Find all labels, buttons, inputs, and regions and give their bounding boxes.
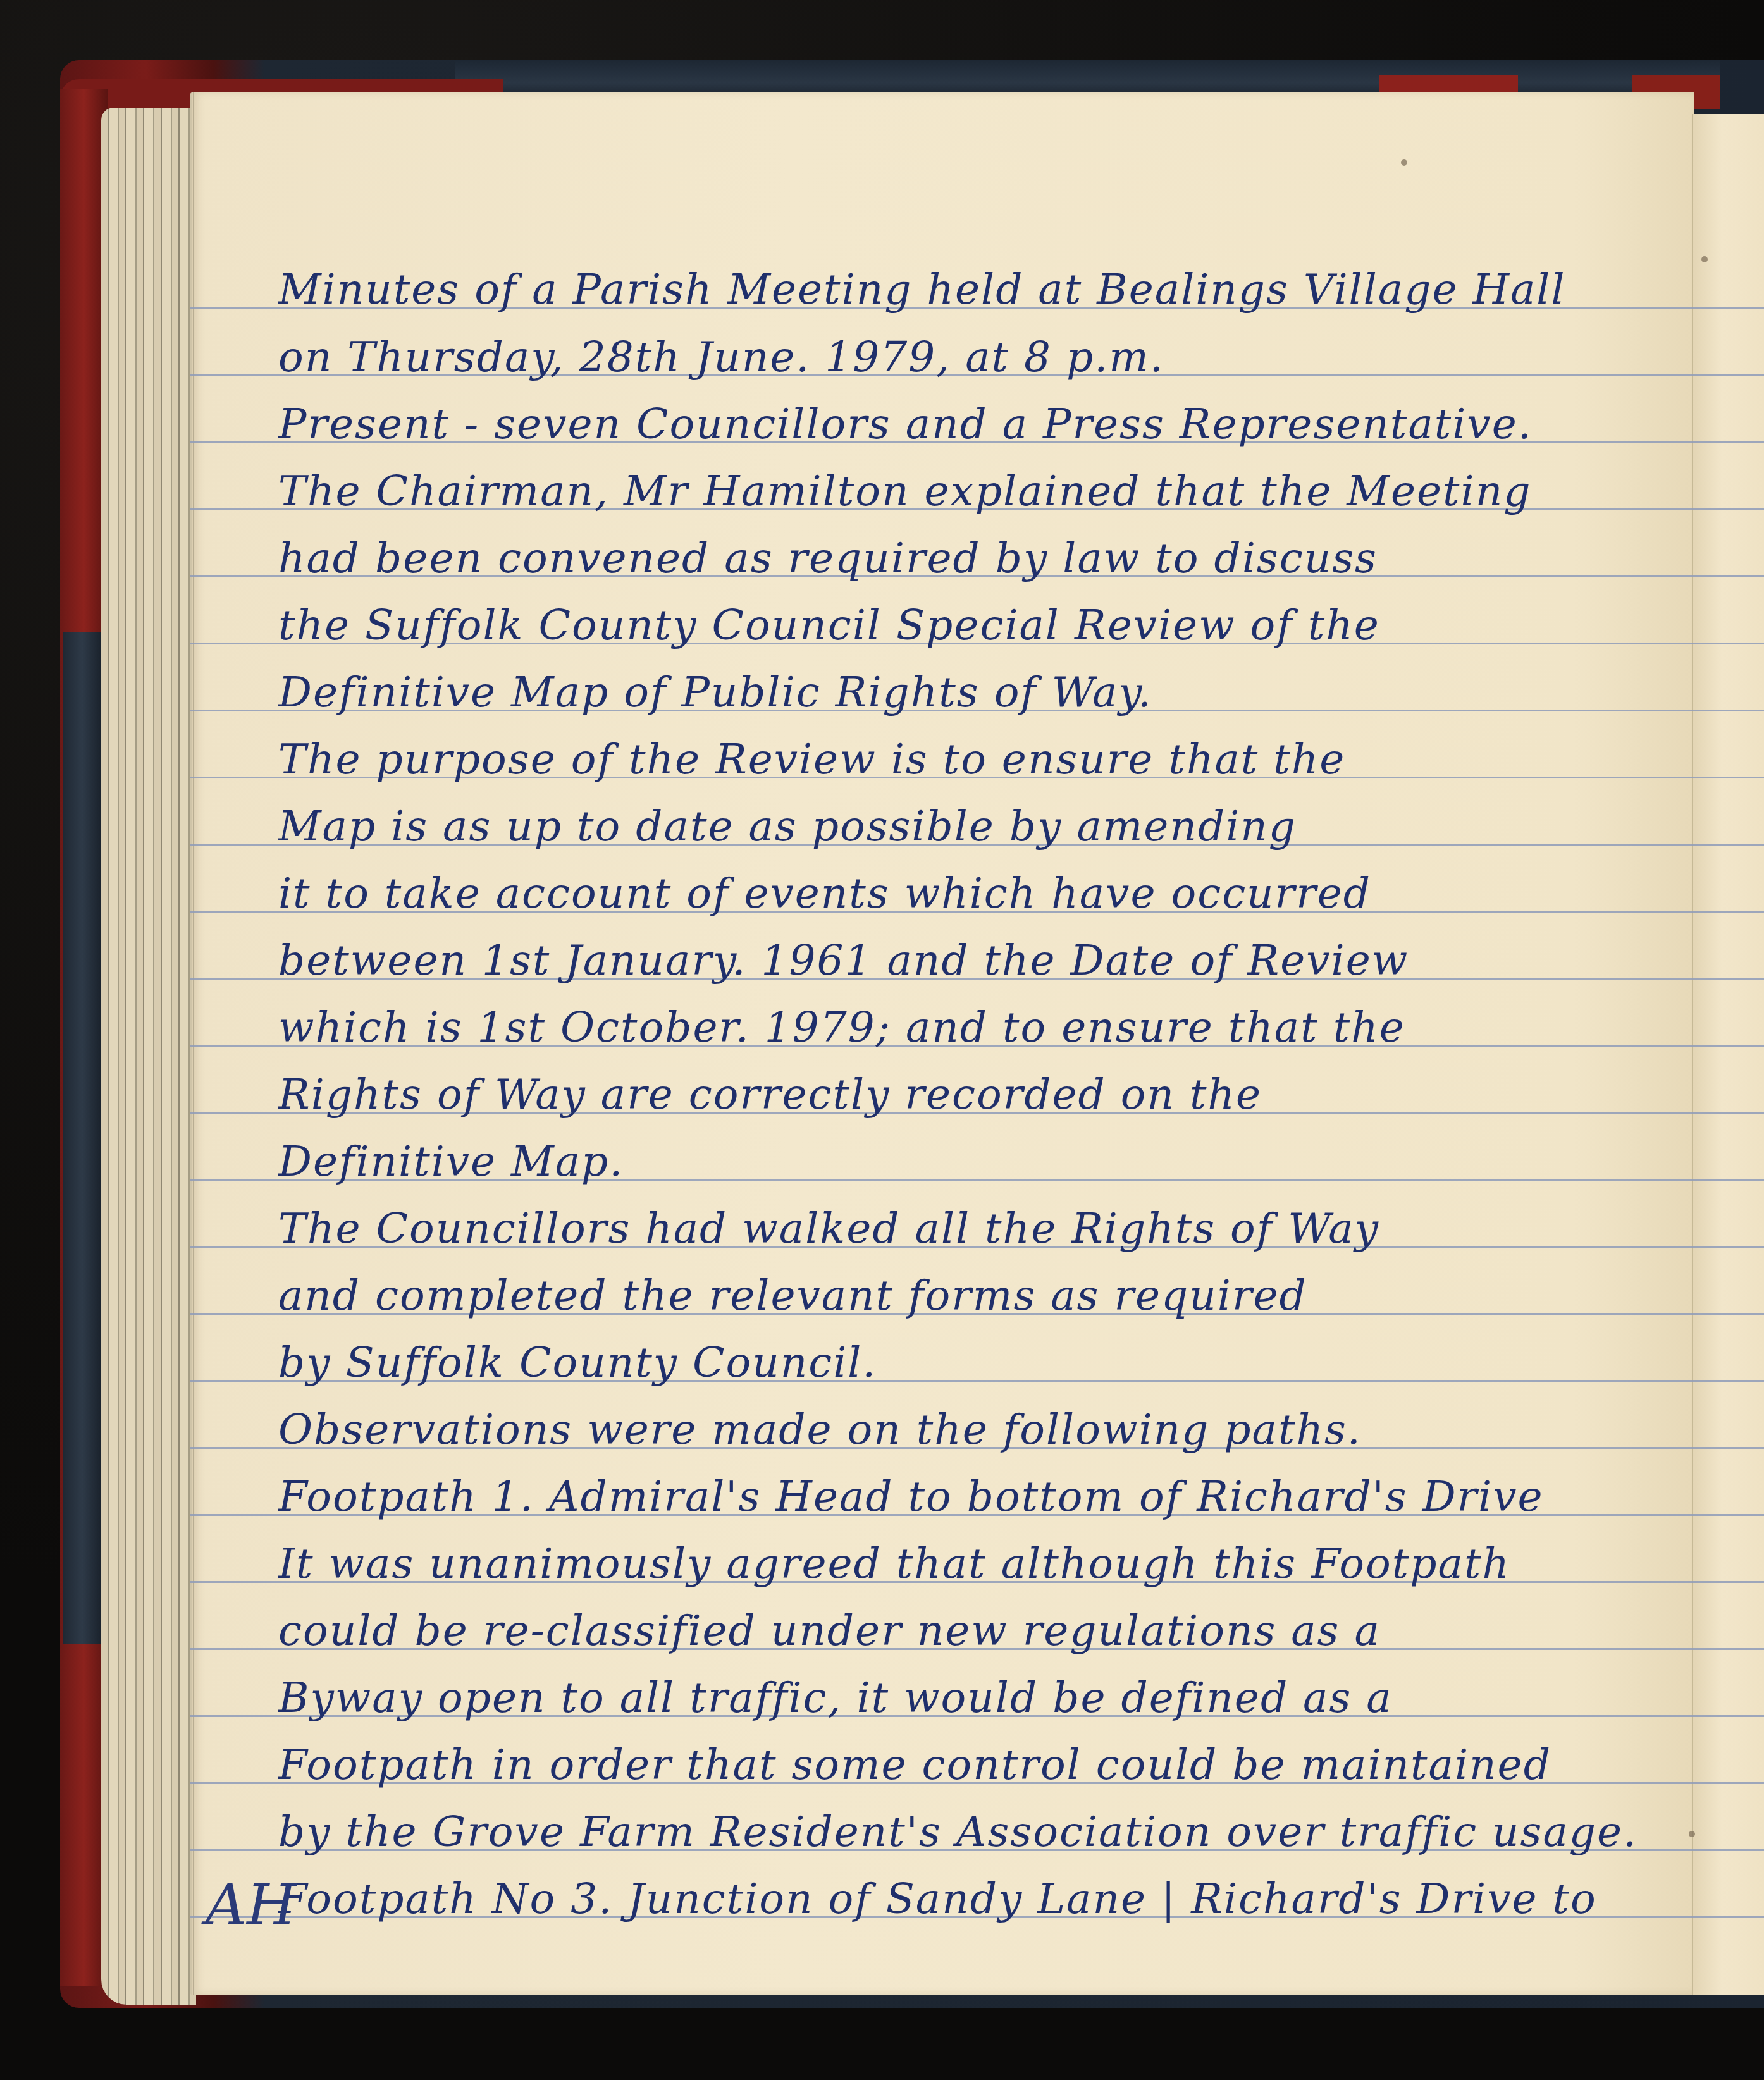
paper-speck: [1701, 256, 1708, 262]
page-edges-stack: [101, 108, 196, 2005]
text-line: Map is as up to date as possible by amen…: [278, 806, 1701, 847]
text-line: it to take account of events which have …: [278, 873, 1701, 914]
footpath-3-heading: Footpath No 3. Junction of Sandy Lane | …: [278, 1878, 1701, 1920]
page-margin-line: [193, 92, 194, 1995]
text-line: Definitive Map.: [278, 1141, 1701, 1183]
text-line: The Councillors had walked all the Right…: [278, 1208, 1701, 1250]
text-line: Rights of Way are correctly recorded on …: [278, 1074, 1701, 1116]
facing-page-edge: [1692, 114, 1764, 1995]
text-line: could be re-classified under new regulat…: [278, 1610, 1701, 1652]
margin-initials-annotation: AH: [206, 1872, 296, 1938]
footpath-1-heading: Footpath 1. Admiral's Head to bottom of …: [278, 1476, 1701, 1518]
text-line: Definitive Map of Public Rights of Way.: [278, 672, 1701, 713]
text-line: the Suffolk County Council Special Revie…: [278, 605, 1701, 646]
text-line: which is 1st October. 1979; and to ensur…: [278, 1007, 1701, 1049]
text-line: The Chairman, Mr Hamilton explained that…: [278, 471, 1701, 512]
text-line: It was unanimously agreed that although …: [278, 1543, 1701, 1585]
text-line: by Suffolk County Council.: [278, 1342, 1701, 1384]
text-line: Footpath in order that some control coul…: [278, 1744, 1701, 1786]
cover-cloth-spine: [63, 632, 101, 1644]
text-line: Byway open to all traffic, it would be d…: [278, 1677, 1701, 1719]
text-line: Observations were made on the following …: [278, 1409, 1701, 1451]
text-line: had been convened as required by law to …: [278, 538, 1701, 579]
text-line: by the Grove Farm Resident's Association…: [278, 1811, 1701, 1853]
minutes-title-line: Minutes of a Parish Meeting held at Beal…: [278, 269, 1701, 311]
text-line: The purpose of the Review is to ensure t…: [278, 739, 1701, 780]
attendance-line: Present - seven Councillors and a Press …: [278, 403, 1701, 445]
paper-speck: [1401, 159, 1407, 166]
text-line: and completed the relevant forms as requ…: [278, 1275, 1701, 1317]
paper-speck: [1689, 1831, 1695, 1837]
text-line: between 1st January. 1961 and the Date o…: [278, 940, 1701, 982]
meeting-date-line: on Thursday, 28th June. 1979, at 8 p.m.: [278, 336, 1701, 378]
